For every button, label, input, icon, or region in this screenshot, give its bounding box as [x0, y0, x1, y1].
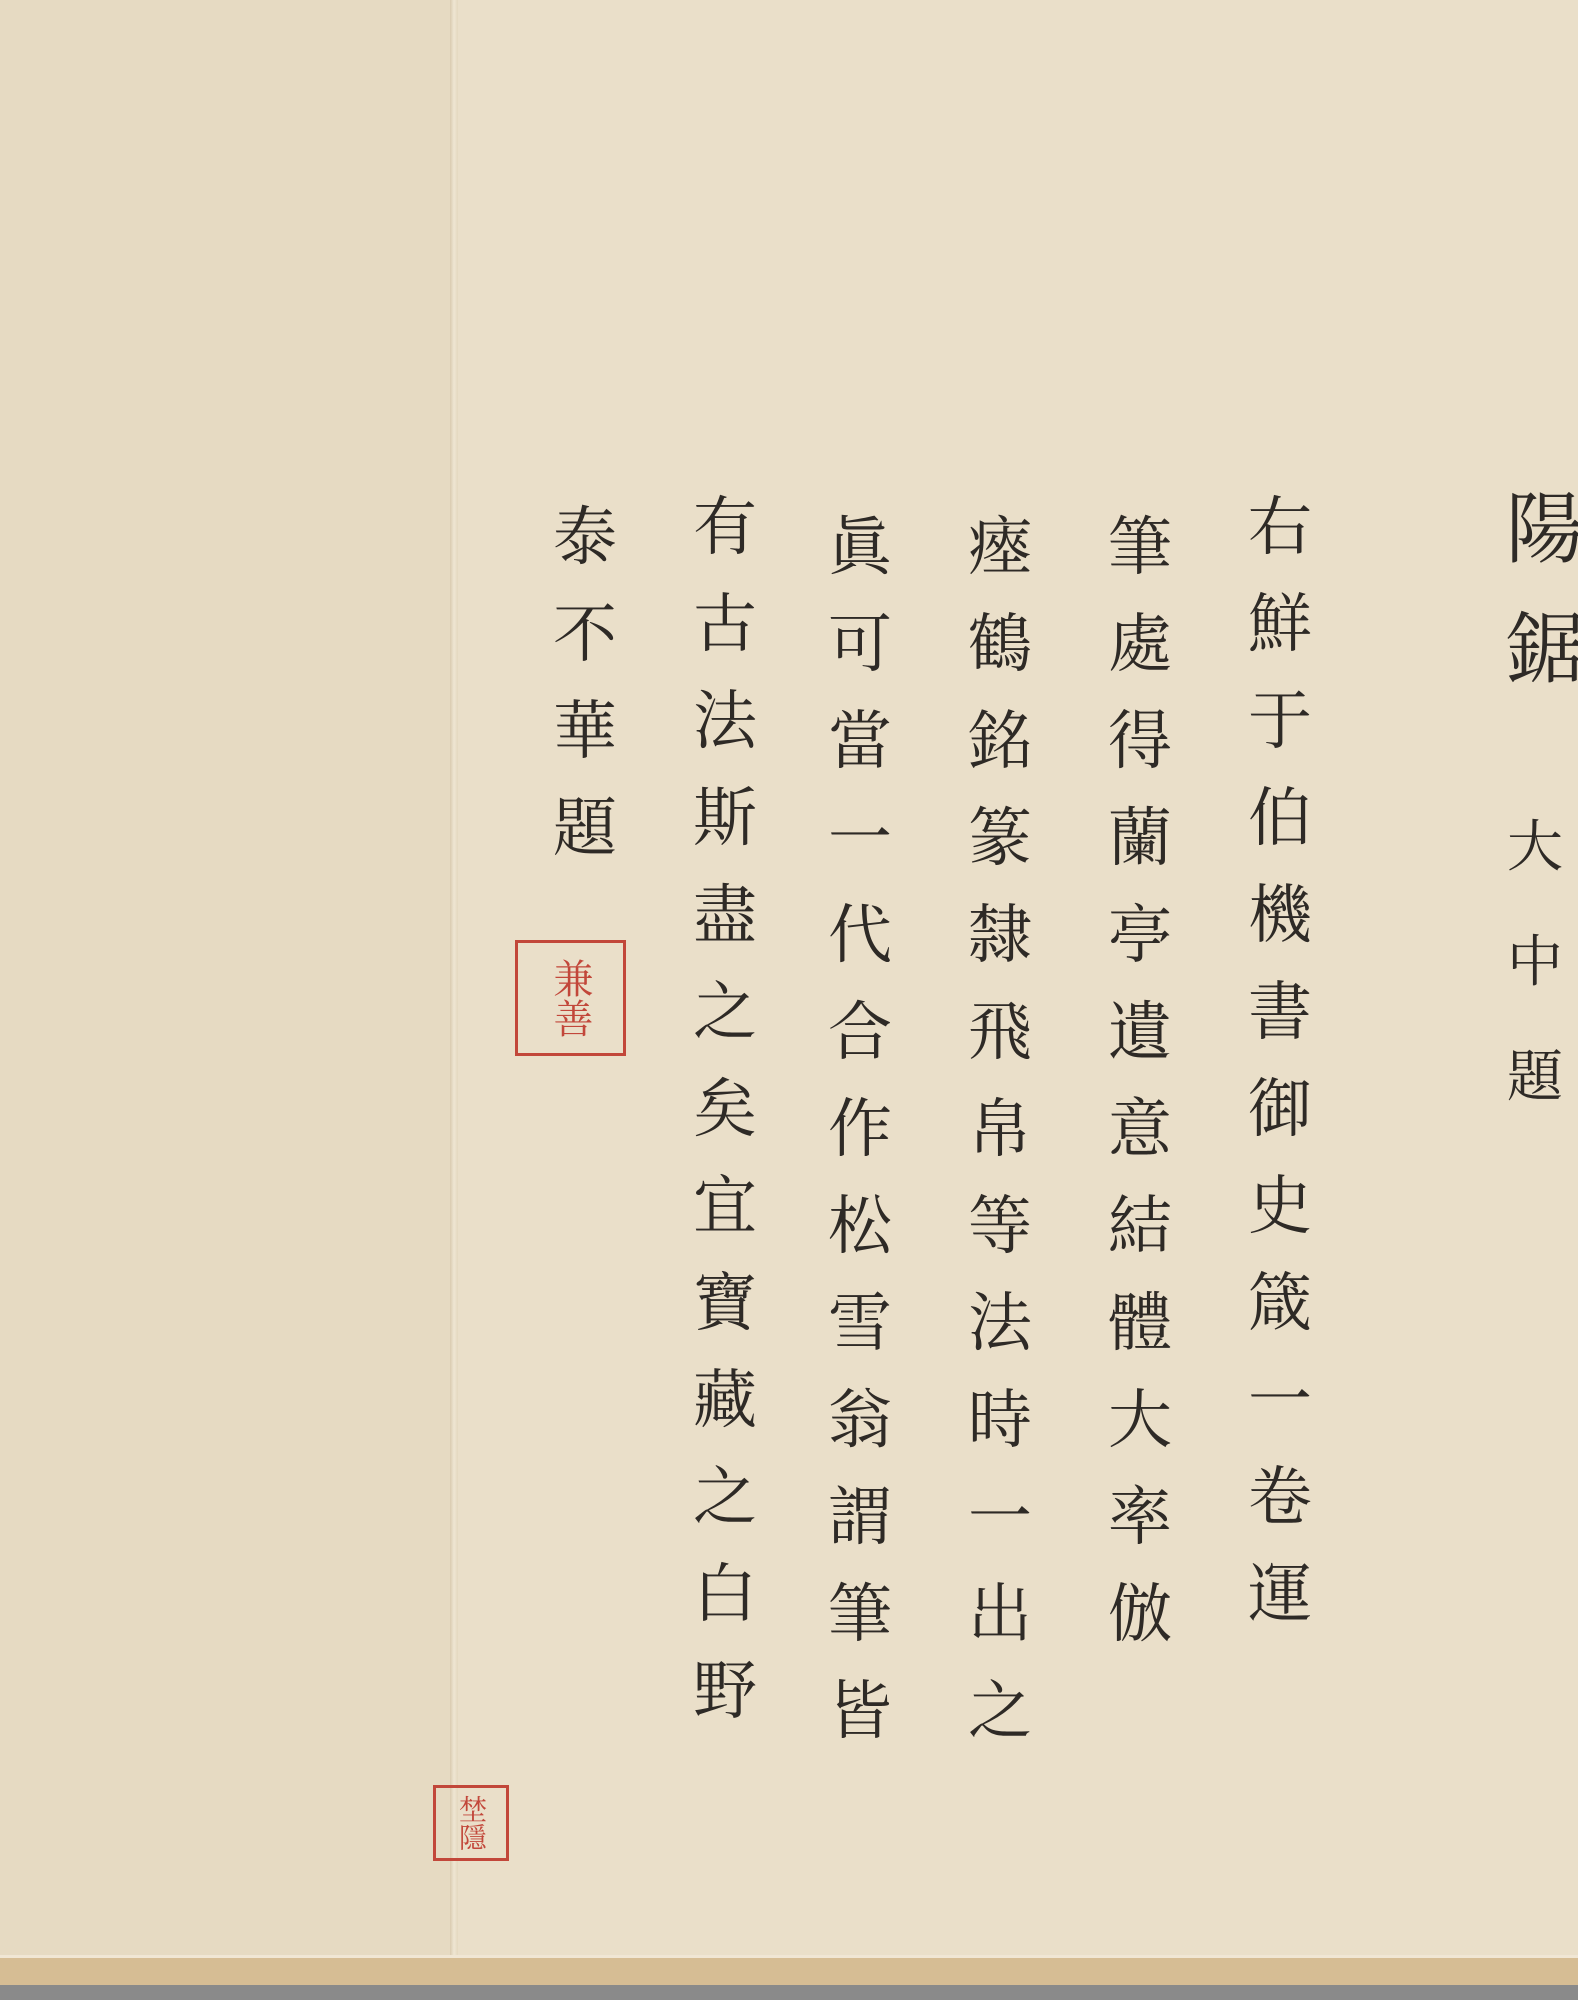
column-text: 眞可當一代合作松雪翁謂筆皆	[828, 500, 892, 1761]
seal-text: 埜隱	[451, 1795, 491, 1851]
title-text: 陽鋸	[1506, 470, 1578, 710]
left-paper-panel	[0, 0, 450, 1960]
column-text: 右鮮于伯機書御史箴一卷運	[1248, 480, 1312, 1644]
title-small-text: 大中題	[1507, 790, 1563, 1135]
signature-seal: 兼善	[515, 940, 626, 1056]
column-text: 瘞鶴銘篆隸飛帛等法時一出之	[968, 500, 1032, 1761]
column-text: 有古法斯盡之矣宜寶藏之白野	[693, 480, 757, 1741]
signature-text: 泰不華題	[553, 490, 617, 878]
collector-seal: 埜隱	[433, 1785, 509, 1861]
seal-text: 兼善	[542, 958, 599, 1038]
column-text: 筆處得蘭亭遺意結體大率倣	[1108, 500, 1172, 1664]
calligraphy-column-4: 眞可當一代合作松雪翁謂筆皆	[815, 500, 905, 1761]
calligraphy-column-1: 右鮮于伯機書御史箴一卷運	[1235, 480, 1325, 1644]
title-column-large: 陽鋸	[1490, 470, 1578, 710]
scroll-mount-edge	[0, 1955, 1578, 1988]
frame-border	[0, 1985, 1578, 2000]
calligraphy-column-2: 筆處得蘭亭遺意結體大率倣	[1095, 500, 1185, 1664]
paper-seam	[450, 0, 458, 1960]
calligraphy-column-3: 瘞鶴銘篆隸飛帛等法時一出之	[955, 500, 1045, 1761]
calligraphy-column-5: 有古法斯盡之矣宜寶藏之白野	[680, 480, 770, 1741]
title-column-small: 大中題	[1500, 790, 1570, 1135]
signature-column: 泰不華題	[540, 490, 630, 878]
